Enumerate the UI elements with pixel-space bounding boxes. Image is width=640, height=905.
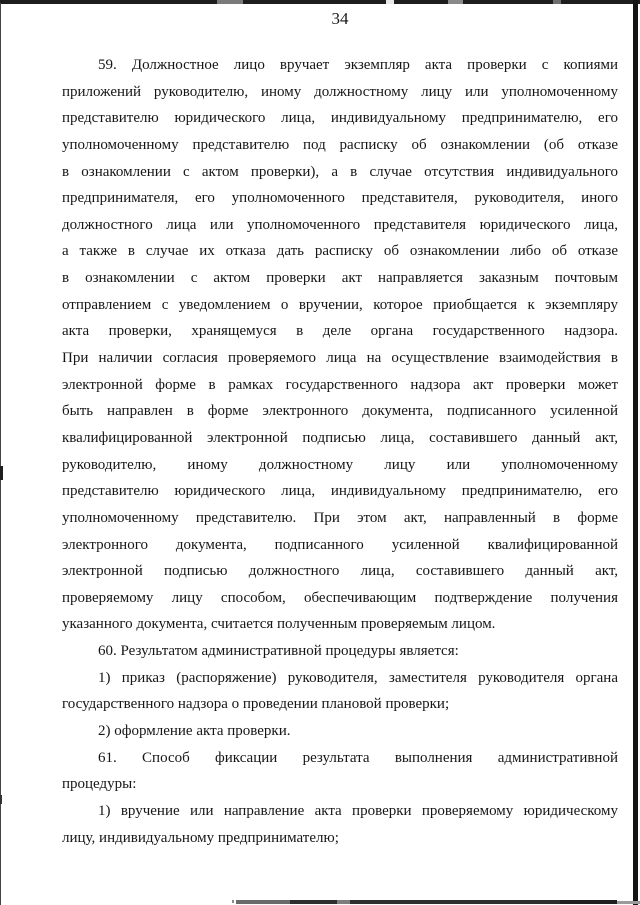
text-line: в ознакомлении с актом проверки), а в сл… xyxy=(62,159,618,186)
text-line: предпринимателя, его уполномоченного пре… xyxy=(62,185,618,212)
text-line: квалифицированной электронной подписью л… xyxy=(62,425,618,452)
scan-edge-top-segment xyxy=(217,0,243,4)
text-line: руководителю, иному должностному лицу ил… xyxy=(62,452,618,479)
scan-edge-bottom-bar xyxy=(617,901,640,904)
text-line: электронной форме в рамках государственн… xyxy=(62,372,618,399)
scan-edge-left-blip xyxy=(0,795,2,804)
text-line: 60. Результатом административной процеду… xyxy=(62,638,618,665)
text-line: При наличии согласия проверяемого лица н… xyxy=(62,345,618,372)
page-number: 34 xyxy=(62,10,618,28)
text-line: электронного документа, подписанного уси… xyxy=(62,532,618,559)
scan-edge-top-segment xyxy=(386,0,394,4)
text-line: уполномоченному представителю под распис… xyxy=(62,132,618,159)
text-line: быть направлен в форме электронного доку… xyxy=(62,398,618,425)
text-line: указанного документа, считается полученн… xyxy=(62,611,618,638)
scan-edge-top-segment xyxy=(448,0,463,4)
text-line: отправлением с уведомлением о вручении, … xyxy=(62,292,618,319)
text-line: 2) оформление акта проверки. xyxy=(62,718,618,745)
scan-edge-top-segment xyxy=(553,0,561,4)
scan-edge-bottom-bar xyxy=(290,900,560,904)
text-line: представителю юридического лица, индивид… xyxy=(62,105,618,132)
text-line: представителю юридического лица, индивид… xyxy=(62,478,618,505)
text-line: акта проверки, хранящемуся в деле органа… xyxy=(62,318,618,345)
text-block: 59. Должностное лицо вручает экземпляр а… xyxy=(62,52,618,851)
text-line: проверяемому лицу способом, обеспечивающ… xyxy=(62,585,618,612)
scan-edge-bottom-bar xyxy=(232,900,234,903)
scan-edge-left-line xyxy=(0,3,1,905)
text-line: процедуры: xyxy=(62,771,618,798)
text-line: 1) приказ (распоряжение) руководителя, з… xyxy=(62,665,618,692)
text-line: должностного лица или уполномоченного пр… xyxy=(62,212,618,239)
scan-edge-bottom-bar xyxy=(337,900,350,904)
scan-edge-bottom-bar xyxy=(236,900,290,904)
text-line: электронной подписью должностного лица, … xyxy=(62,558,618,585)
text-line: 1) вручение или направление акта проверк… xyxy=(62,798,618,825)
scan-edge-top-bar xyxy=(0,0,640,4)
scan-edge-right-bar xyxy=(633,0,638,905)
scan-edge-bottom-bar xyxy=(560,900,617,904)
text-line: а также в случае их отказа дать расписку… xyxy=(62,238,618,265)
text-line: лицу, индивидуальному предпринимателю; xyxy=(62,825,618,852)
text-line: 61. Способ фиксации результата выполнени… xyxy=(62,745,618,772)
scan-edge-left-blip xyxy=(0,466,3,480)
text-line: 59. Должностное лицо вручает экземпляр а… xyxy=(62,52,618,79)
text-line: уполномоченному представителю. При этом … xyxy=(62,505,618,532)
text-line: в ознакомлении с актом проверки акт напр… xyxy=(62,265,618,292)
text-line: приложений руководителю, иному должностн… xyxy=(62,79,618,106)
text-line: государственного надзора о проведении пл… xyxy=(62,691,618,718)
